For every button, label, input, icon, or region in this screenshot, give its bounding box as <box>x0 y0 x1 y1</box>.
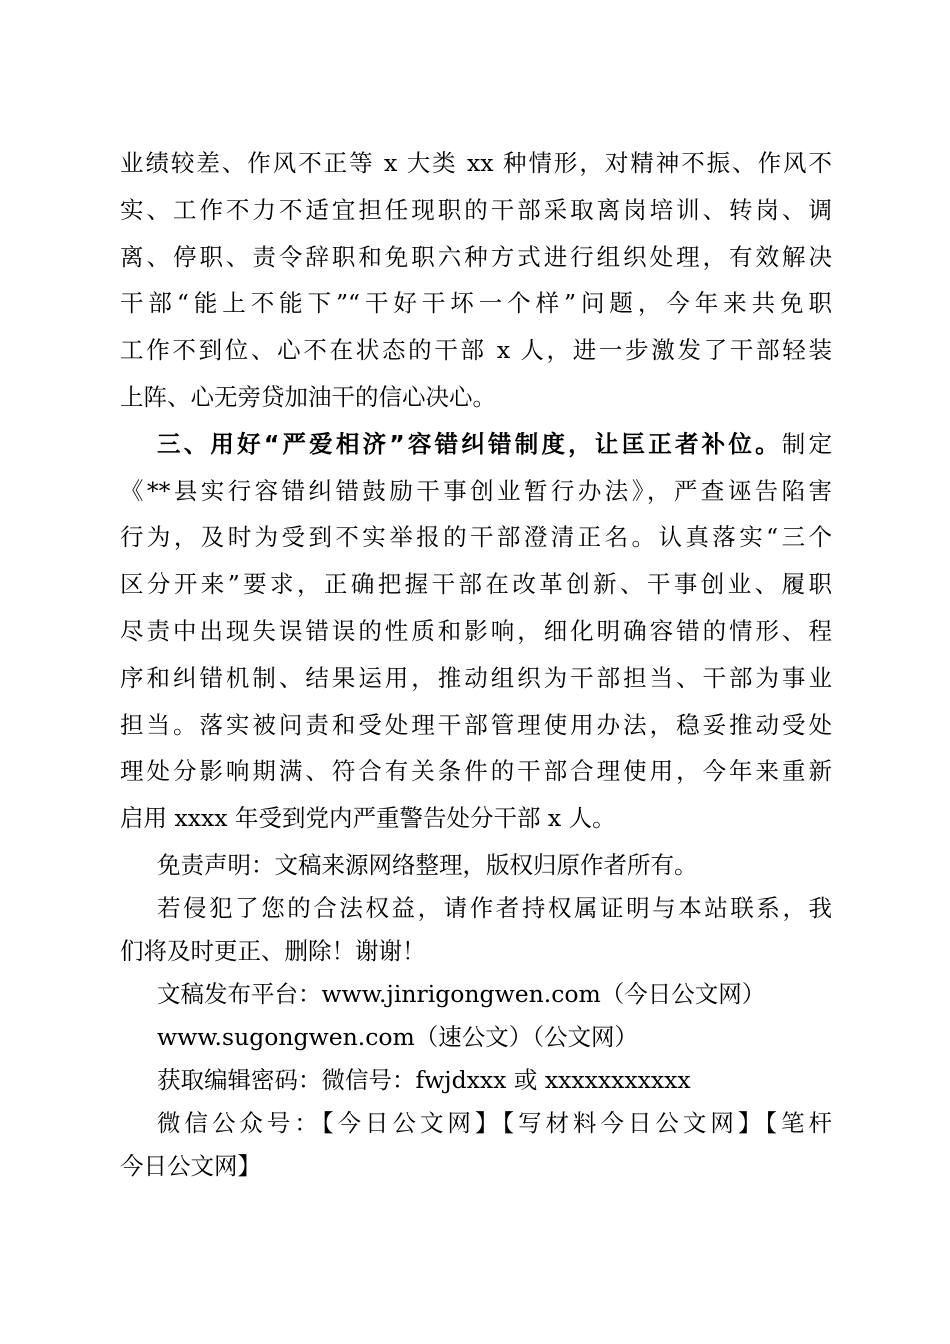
text-line: 《**县实行容错纠错鼓励干事创业暂行办法》，严查诬告陷害 <box>120 468 832 515</box>
text-line: 上阵、心无旁贷加油干的信心决心。 <box>120 374 832 421</box>
edit-password-info: 获取编辑密码：微信号：fwjdxxx 或 xxxxxxxxxxx <box>120 1059 832 1102</box>
disclaimer-contact-line: 们将及时更正、删除！谢谢！ <box>120 930 832 973</box>
text-line: 区分开来”要求，正确把握干部在改革创新、干事创业、履职 <box>120 561 832 608</box>
disclaimer-block: 免责声明：文稿来源网络整理，版权归原作者所有。 若侵犯了您的合法权益，请作者持权… <box>120 844 832 1188</box>
document-body: 业绩较差、作风不正等 x 大类 xx 种情形，对精神不振、作风不 实、工作不力不… <box>120 140 832 1188</box>
text-line: 工作不到位、心不在状态的干部 x 人，进一步激发了干部轻装 <box>120 327 832 374</box>
disclaimer-contact-line: 若侵犯了您的合法权益，请作者持权属证明与本站联系，我 <box>120 887 832 930</box>
publish-platform: 文稿发布平台：www.jinrigongwen.com（今日公文网） <box>120 973 832 1016</box>
wechat-accounts: 今日公文网】 <box>120 1145 832 1188</box>
text-line: 序和纠错机制、结果运用，推动组织为干部担当、干部为事业 <box>120 655 832 702</box>
paragraph-cadre-handling: 业绩较差、作风不正等 x 大类 xx 种情形，对精神不振、作风不 实、工作不力不… <box>120 140 832 421</box>
text-line: 干部“能上不能下”“干好干坏一个样”问题，今年来共免职 <box>120 280 832 327</box>
text-line: 实、工作不力不适宜担任现职的干部采取离岗培训、转岗、调 <box>120 187 832 234</box>
publish-sites: www.sugongwen.com（速公文）（公文网） <box>120 1016 832 1059</box>
text-line: 业绩较差、作风不正等 x 大类 xx 种情形，对精神不振、作风不 <box>120 140 832 187</box>
text-line: 尽责中出现失误错误的性质和影响，细化明确容错的情形、程 <box>120 608 832 655</box>
section-heading: 三、用好“严爱相济”容错纠错制度，让匡正者补位。 <box>157 430 782 458</box>
text-line: 行为，及时为受到不实举报的干部澄清正名。认真落实“三个 <box>120 514 832 561</box>
wechat-accounts: 微信公众号：【今日公文网】【写材料今日公文网】【笔杆 <box>120 1102 832 1145</box>
text-line: 理处分影响期满、符合有关条件的干部合理使用，今年来重新 <box>120 748 832 795</box>
text-line: 启用 xxxx 年受到党内严重警告处分干部 x 人。 <box>120 795 832 842</box>
disclaimer-copyright: 免责声明：文稿来源网络整理，版权归原作者所有。 <box>120 844 832 887</box>
document-page: 业绩较差、作风不正等 x 大类 xx 种情形，对精神不振、作风不 实、工作不力不… <box>0 0 950 1344</box>
section-heading-tail: 制定 <box>782 430 832 458</box>
text-line: 担当。落实被问责和受处理干部管理使用办法，稳妥推动受处 <box>120 702 832 749</box>
section-heading-line: 三、用好“严爱相济”容错纠错制度，让匡正者补位。制定 <box>120 421 832 468</box>
section-three: 三、用好“严爱相济”容错纠错制度，让匡正者补位。制定 《**县实行容错纠错鼓励干… <box>120 421 832 842</box>
text-line: 离、停职、责令辞职和免职六种方式进行组织处理，有效解决 <box>120 234 832 281</box>
